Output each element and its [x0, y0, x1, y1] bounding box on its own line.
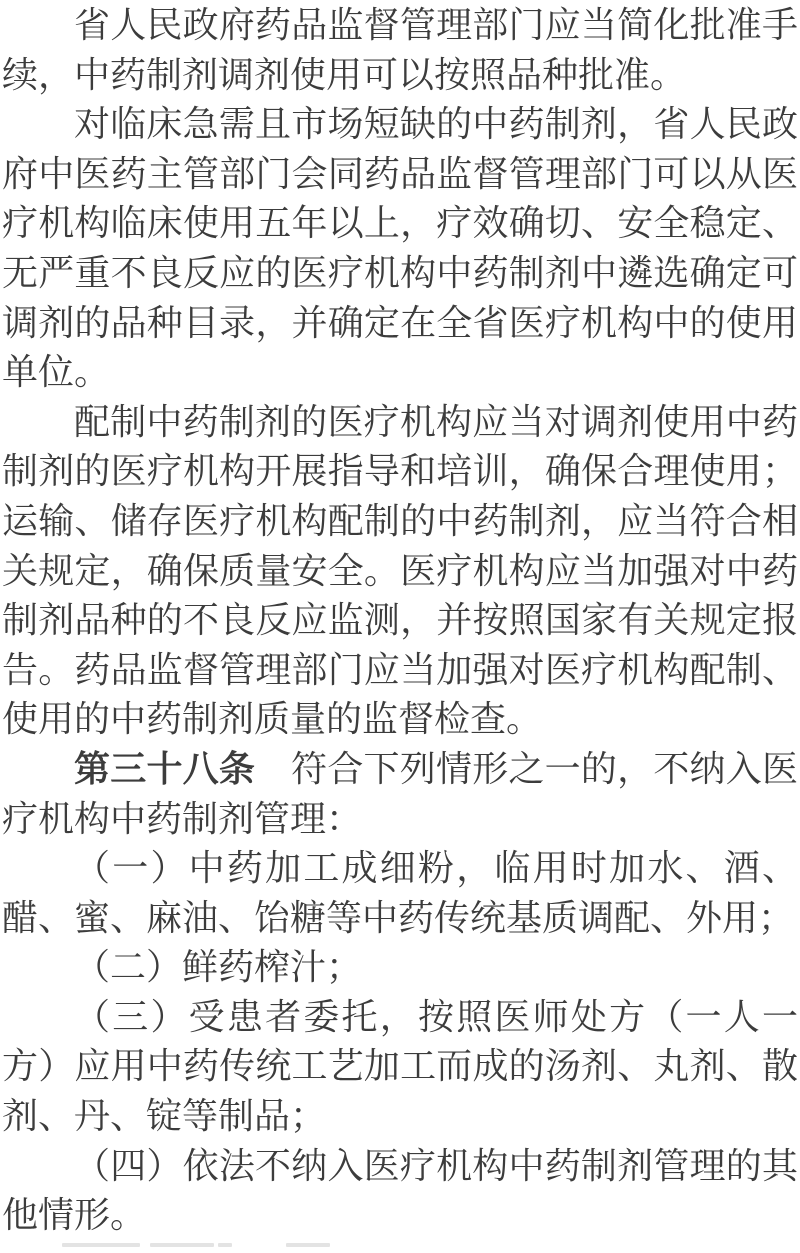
paragraph-item-1: （一）中药加工成细粉，临用时加水、酒、醋、蜜、麻油、饴糖等中药传统基质调配、外用…: [2, 843, 798, 942]
paragraph-item-3: （三）受患者委托，按照医师处方（一人一方）应用中药传统工艺加工而成的汤剂、丸剂、…: [2, 992, 798, 1141]
paragraph-catalog-selection: 对临床急需且市场短缺的中药制剂，省人民政府中医药主管部门会同药品监督管理部门可以…: [2, 99, 798, 397]
document-page: { "page": { "background": "#ffffff", "te…: [0, 0, 800, 1253]
article-number: 第三十八条: [74, 748, 255, 789]
next-line-cutoff-artifact: [0, 1243, 800, 1253]
paragraph-item-2: （二）鲜药榨汁；: [2, 942, 798, 992]
paragraph-approval-procedure: 省人民政府药品监督管理部门应当简化批准手续，中药制剂调剂使用可以按照品种批准。: [2, 0, 798, 99]
paragraph-item-4: （四）依法不纳入医疗机构中药制剂管理的其他情形。: [2, 1141, 798, 1240]
document-body: 省人民政府药品监督管理部门应当简化批准手续，中药制剂调剂使用可以按照品种批准。 …: [0, 0, 800, 1240]
paragraph-supervision-duties: 配制中药制剂的医疗机构应当对调剂使用中药制剂的医疗机构开展指导和培训，确保合理使…: [2, 397, 798, 744]
paragraph-article-38: 第三十八条符合下列情形之一的，不纳入医疗机构中药制剂管理：: [2, 744, 798, 843]
